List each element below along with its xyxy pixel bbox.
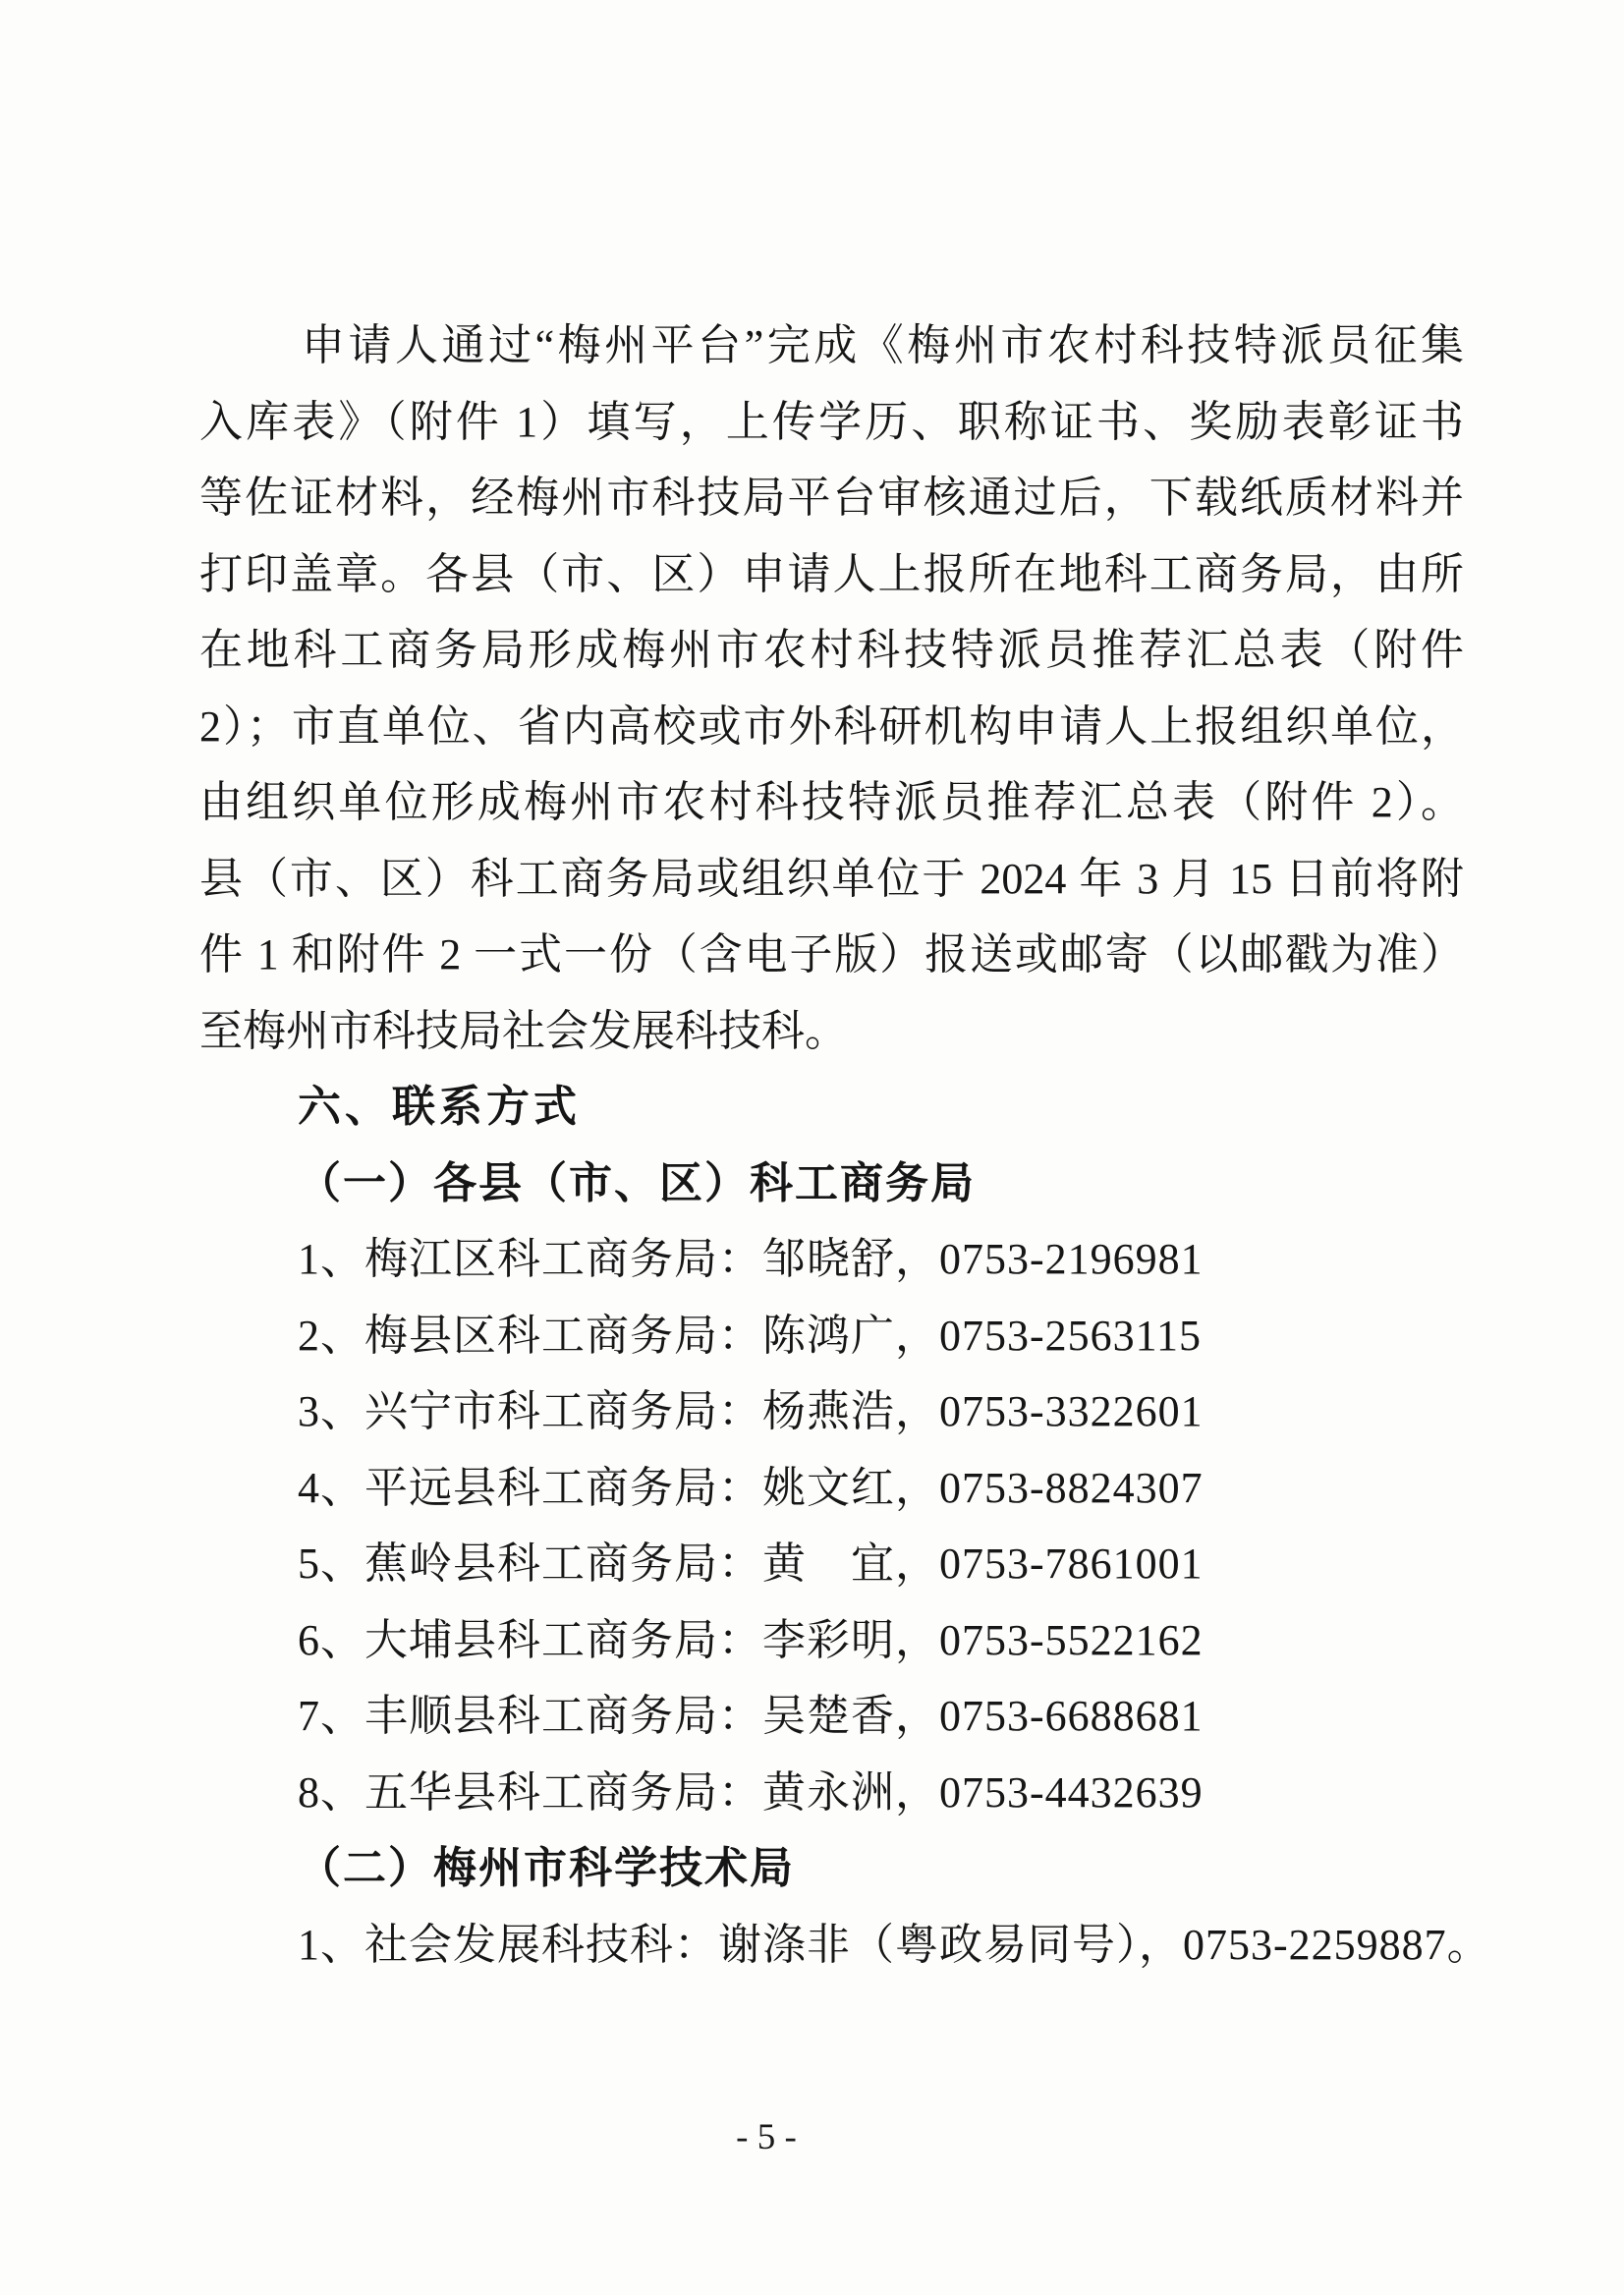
scanned-document-page: 申请人通过“梅州平台”完成《梅州市农村科技特派员征集 入库表》（附件 1）填写，… — [0, 0, 1624, 2295]
paragraph-line: 至梅州市科技局社会发展科技科。 — [199, 993, 1464, 1070]
paragraph-line: 件 1 和附件 2 一式一份（含电子版）报送或邮寄（以邮戳为准） — [199, 917, 1464, 993]
paragraph-line: 2）；市直单位、省内高校或市外科研机构申请人上报组织单位， — [199, 689, 1464, 765]
subsection-title-county-bureaus: （一）各县（市、区）科工商务局 — [199, 1146, 1464, 1222]
paragraph-line: 县（市、区）科工商务局或组织单位于 2024 年 3 月 15 日前将附 — [199, 841, 1464, 918]
document-body: 申请人通过“梅州平台”完成《梅州市农村科技特派员征集 入库表》（附件 1）填写，… — [199, 308, 1464, 1983]
paragraph-line: 在地科工商务局形成梅州市农村科技特派员推荐汇总表（附件 — [199, 612, 1464, 689]
contact-list-item: 2、梅县区科工商务局：陈鸿广，0753-2563115 — [199, 1298, 1464, 1374]
contact-list-item: 4、平远县科工商务局：姚文红，0753-8824307 — [199, 1450, 1464, 1527]
contact-list-item: 7、丰顺县科工商务局：吴楚香，0753-6688681 — [199, 1678, 1464, 1755]
contact-list-item: 5、蕉岭县科工商务局：黄 宜，0753-7861001 — [199, 1526, 1464, 1602]
county-bureau-contact-list: 1、梅江区科工商务局：邹晓舒，0753-2196981 2、梅县区科工商务局：陈… — [199, 1221, 1464, 1830]
contact-list-item: 1、社会发展科技科：谢涤非（粤政易同号），0753-2259887。 — [199, 1907, 1464, 1984]
contact-list-item: 6、大埔县科工商务局：李彩明，0753-5522162 — [199, 1602, 1464, 1679]
paragraph-line: 打印盖章。各县（市、区）申请人上报所在地科工商务局，由所 — [199, 536, 1464, 613]
page-number: - 5 - — [0, 2110, 1533, 2165]
subsection-title-city-science-bureau: （二）梅州市科学技术局 — [199, 1830, 1464, 1907]
contact-list-item: 1、梅江区科工商务局：邹晓舒，0753-2196981 — [199, 1221, 1464, 1298]
paragraph-line: 入库表》（附件 1）填写，上传学历、职称证书、奖励表彰证书 — [199, 384, 1464, 461]
contact-list-item: 8、五华县科工商务局：黄永洲，0753-4432639 — [199, 1755, 1464, 1831]
paragraph-line: 等佐证材料，经梅州市科技局平台审核通过后，下载纸质材料并 — [199, 460, 1464, 536]
application-procedure-paragraph: 申请人通过“梅州平台”完成《梅州市农村科技特派员征集 入库表》（附件 1）填写，… — [199, 308, 1464, 1069]
paragraph-line: 由组织单位形成梅州市农村科技特派员推荐汇总表（附件 2）。 — [199, 764, 1464, 841]
paragraph-line: 申请人通过“梅州平台”完成《梅州市农村科技特派员征集 — [199, 308, 1464, 384]
contact-list-item: 3、兴宁市科工商务局：杨燕浩，0753-3322601 — [199, 1373, 1464, 1450]
section-heading-contact-info: 六、联系方式 — [199, 1069, 1464, 1146]
city-science-bureau-contact-list: 1、社会发展科技科：谢涤非（粤政易同号），0753-2259887。 — [199, 1907, 1464, 1984]
